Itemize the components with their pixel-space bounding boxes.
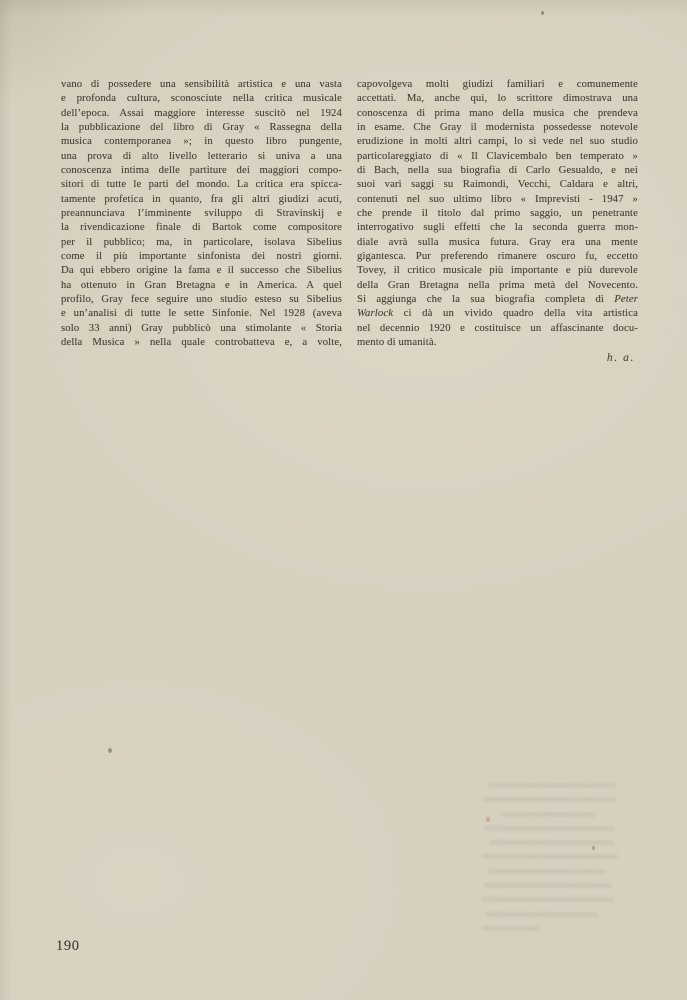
text-line: Warlock ci dà un vivido quadro della vit… — [357, 306, 638, 320]
text-line: la rivendicazione finale di Bartok come … — [61, 220, 342, 234]
text-line: sitori di tutte le parti del mondo. La c… — [61, 177, 342, 191]
text-line: erudizione in molti altri campi, lo si v… — [357, 134, 638, 148]
text-line: solo 33 anni) Gray pubblicò una stimolan… — [61, 321, 342, 335]
text-segment: ci dà un vivido quadro della vita artist… — [393, 307, 638, 319]
text-segment: interrogativo sugli effetti che la secon… — [357, 221, 638, 233]
text-segment: gigantesca. Pur preferendo rimanere oscu… — [357, 250, 638, 262]
text-line: accettati. Ma, anche qui, lo scrittore d… — [357, 91, 638, 105]
text-line: in esame. Che Gray il modernista possede… — [357, 120, 638, 134]
text-line: diale avrà sulla musica futura. Gray era… — [357, 235, 638, 249]
text-line: preannunciava l’imminente sviluppo di St… — [61, 206, 342, 220]
ghost-line — [482, 897, 614, 902]
text-line: e profonda cultura, sconosciute nella cr… — [61, 91, 342, 105]
ghost-line — [482, 926, 540, 931]
text-line: contenuti nel suo ultimo libro « Imprevi… — [357, 192, 638, 206]
text-line: profilo, Gray fece seguire uno studio es… — [61, 292, 342, 306]
ghost-line — [486, 911, 598, 916]
text-segment: della Musica » nella quale controbatteva… — [61, 336, 342, 348]
text-segment: mento di umanità. — [357, 336, 437, 348]
text-segment: in esame. Che Gray il modernista possede… — [357, 121, 638, 133]
text-segment: per il pubblico; ma, in particolare, iso… — [61, 236, 342, 248]
ghost-line — [488, 783, 616, 788]
text-line: dell’epoca. Assai maggiore interesse sus… — [61, 106, 342, 120]
text-segment: erudizione in molti altri campi, lo si v… — [357, 135, 638, 147]
text-line: la pubblicazione del libro di Gray « Ras… — [61, 120, 342, 134]
ghost-line — [484, 826, 614, 831]
text-segment: della Gran Bretagna nella prima metà del… — [357, 279, 638, 291]
text-line: gigantesca. Pur preferendo rimanere oscu… — [357, 249, 638, 263]
text-segment: la rivendicazione finale di Bartok come … — [61, 221, 342, 233]
text-segment: sitori di tutte le parti del mondo. La c… — [61, 178, 342, 190]
text-line: nel decennio 1920 e costituisce un affas… — [357, 321, 638, 335]
text-segment: e profonda cultura, sconosciute nella cr… — [61, 92, 342, 104]
text-segment: solo 33 anni) Gray pubblicò una stimolan… — [61, 322, 342, 334]
ghost-line — [482, 854, 618, 859]
text-segment: una prova di alto livello letterario si … — [61, 150, 342, 162]
ghost-line — [490, 840, 614, 845]
text-line: come il più importante sinfonista dei no… — [61, 249, 342, 263]
text-segment: di Bach, nella sua biografia di Carlo Ge… — [357, 164, 638, 176]
text-segment: Da qui ebbero origine la fama e il succe… — [61, 264, 342, 276]
text-segment: contenuti nel suo ultimo libro « Imprevi… — [357, 193, 638, 205]
text-segment: conoscenza intima delle partiture dei ma… — [61, 164, 342, 176]
text-line: interrogativo sugli effetti che la secon… — [357, 220, 638, 234]
text-line: Da qui ebbero origine la fama e il succe… — [61, 263, 342, 277]
paper-speck — [486, 817, 490, 822]
italic-text-segment: Peter — [614, 293, 638, 305]
text-segment: vano di possedere una sensibilità artist… — [61, 78, 342, 90]
text-line: musica contemporanea »; in questo libro … — [61, 134, 342, 148]
text-line: capovolgeva molti giudizi familiari e co… — [357, 77, 638, 91]
text-line: della Gran Bretagna nella prima metà del… — [357, 278, 638, 292]
text-segment: particolareggiato di « Il Clavicembalo b… — [357, 150, 638, 162]
text-line: della Musica » nella quale controbatteva… — [61, 335, 342, 349]
text-segment: dell’epoca. Assai maggiore interesse sus… — [61, 107, 342, 119]
text-column-right: capovolgeva molti giudizi familiari e co… — [357, 77, 638, 349]
text-segment: suoi vari saggi su Raimondi, Vecchi, Cal… — [357, 178, 638, 190]
text-segment: e un’analisi di tutte le sette Sinfonie.… — [61, 307, 342, 319]
text-line: ha ottenuto in Gran Bretagna e in Americ… — [61, 278, 342, 292]
text-segment: ha ottenuto in Gran Bretagna e in Americ… — [61, 279, 342, 291]
text-segment: conoscenza di prima mano della musica ch… — [357, 107, 638, 119]
italic-text-segment: Warlock — [357, 307, 393, 319]
page-number: 190 — [56, 938, 80, 955]
text-line: conoscenza di prima mano della musica ch… — [357, 106, 638, 120]
text-segment: preannunciava l’imminente sviluppo di St… — [61, 207, 342, 219]
text-line: tamente profetica in quanto, fra gli alt… — [61, 192, 342, 206]
text-segment: musica contemporanea »; in questo libro … — [61, 135, 342, 147]
text-line: una prova di alto livello letterario si … — [61, 149, 342, 163]
text-line: mento di umanità. — [357, 335, 638, 349]
text-line: suoi vari saggi su Raimondi, Vecchi, Cal… — [357, 177, 638, 191]
text-line: che prende il titolo dal primo saggio, u… — [357, 206, 638, 220]
text-line: Si aggiunga che la sua biografia complet… — [357, 292, 638, 306]
text-line: di Bach, nella sua biografia di Carlo Ge… — [357, 163, 638, 177]
text-column-left: vano di possedere una sensibilità artist… — [61, 77, 342, 349]
text-segment: come il più importante sinfonista dei no… — [61, 250, 342, 262]
ghost-line — [482, 797, 616, 802]
text-segment: nel decennio 1920 e costituisce un affas… — [357, 322, 638, 334]
text-segment: tamente profetica in quanto, fra gli alt… — [61, 193, 342, 205]
text-line: conoscenza intima delle partiture dei ma… — [61, 163, 342, 177]
ghost-line — [484, 883, 612, 888]
text-segment: Si aggiunga che la sua biografia complet… — [357, 293, 614, 305]
scanned-book-page: vano di possedere una sensibilità artist… — [0, 0, 687, 1000]
text-segment: diale avrà sulla musica futura. Gray era… — [357, 236, 638, 248]
text-segment: profilo, Gray fece seguire uno studio es… — [61, 293, 342, 305]
paper-speck — [592, 846, 595, 850]
text-line: Tovey, il critico musicale più important… — [357, 263, 638, 277]
text-line: vano di possedere una sensibilità artist… — [61, 77, 342, 91]
text-line: e un’analisi di tutte le sette Sinfonie.… — [61, 306, 342, 320]
text-segment: Tovey, il critico musicale più important… — [357, 264, 638, 276]
text-segment: accettati. Ma, anche qui, lo scrittore d… — [357, 92, 638, 104]
ghost-line — [500, 811, 596, 816]
ghost-line — [488, 869, 606, 874]
paper-speck — [108, 748, 112, 753]
author-initials: h. a. — [357, 352, 635, 364]
text-segment: la pubblicazione del libro di Gray « Ras… — [61, 121, 342, 133]
text-line: per il pubblico; ma, in particolare, iso… — [61, 235, 342, 249]
bleedthrough-ghost-text — [482, 783, 635, 941]
text-segment: che prende il titolo dal primo saggio, u… — [357, 207, 638, 219]
text-segment: capovolgeva molti giudizi familiari e co… — [357, 78, 638, 90]
paper-speck — [541, 11, 544, 15]
text-line: particolareggiato di « Il Clavicembalo b… — [357, 149, 638, 163]
